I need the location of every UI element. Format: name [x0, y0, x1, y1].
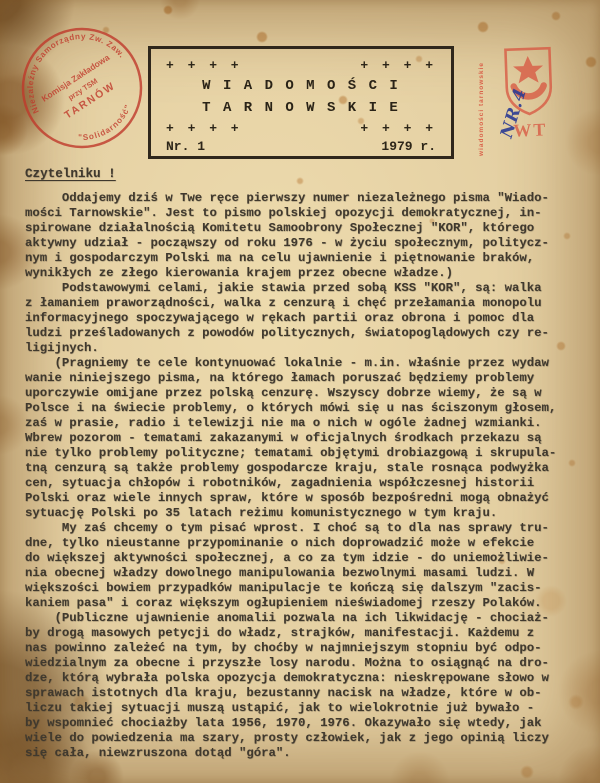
typewritten-line: ludzi prześladowanych z powodów politycz…: [25, 326, 581, 341]
issue-number: Nr. 1: [166, 139, 205, 154]
typewritten-line: by drogą masowych petycji do władz, stra…: [25, 626, 581, 641]
typewritten-line: się cała, niewzruszona dotąd "góra".: [25, 746, 581, 761]
plus-marks-mid-left: + + + +: [166, 121, 242, 136]
plus-marks-mid-right: + + + +: [360, 121, 436, 136]
typewritten-line: wynikłych ze złego kierowania krajem prz…: [25, 266, 581, 281]
typewritten-line: kaniem pasa" i coraz większym ogłupienie…: [25, 596, 581, 611]
scanned-page: Niezależny Samorządny Zw. Zaw. "Solidarn…: [0, 0, 600, 783]
typewritten-line: Oddajemy dziś w Twe ręce pierwszy numer …: [25, 191, 581, 206]
newspaper-title-line1: W I A D O M O Ś C I: [166, 78, 436, 94]
typewritten-line: Polski oraz wiele innych spraw, które w …: [25, 491, 581, 506]
newspaper-title-line2: T A R N O W S K I E: [166, 100, 436, 116]
typewritten-line: sprawach istotnych dla kraju, bezustanny…: [25, 686, 581, 701]
typewritten-line: cen, sytuacja chłopów i robotników, zaga…: [25, 476, 581, 491]
typewritten-line: tną cenzurą są także problemy gospodarcz…: [25, 461, 581, 476]
typewritten-line: zaś w prasie, radio i telewizji nie ma o…: [25, 416, 581, 431]
typewritten-line: mości Tarnowskie". Jest to pismo polskie…: [25, 206, 581, 221]
star-icon: [513, 55, 544, 83]
issue-year: 1979 r.: [381, 139, 436, 154]
typewritten-line: by wspomnieć chociażby lata 1956, 1970, …: [25, 716, 581, 731]
typewritten-line: wiedzialnym za obecne i przyszłe losy na…: [25, 656, 581, 671]
typewritten-line: do większej aktywności społecznej, a co …: [25, 551, 581, 566]
typewritten-line: informacyjnego spoczywającego w rękach p…: [25, 311, 581, 326]
typewritten-line: wanie niniejszego pisma, na którego łama…: [25, 371, 581, 386]
typewritten-line: dze, którą wybrała polska opozycja demok…: [25, 671, 581, 686]
typewritten-line: wiele do powiedzenia ma szary, prosty cz…: [25, 731, 581, 746]
typewritten-line: (Pragniemy te cele kontynuować lokalnie …: [25, 356, 581, 371]
typewritten-line: uporczywie omijane przez polską cenzurę.…: [25, 386, 581, 401]
typewritten-line: nas powinno zależeć na tym, by choćby w …: [25, 641, 581, 656]
typewritten-line: z łamaniem praworządności, walka z cenzu…: [25, 296, 581, 311]
typewritten-line: nie tylko problemy polityczne; tematami …: [25, 446, 581, 461]
typewritten-line: ligijnych.: [25, 341, 581, 356]
side-caption: wiadomości tarnowskie: [478, 46, 485, 156]
typewritten-line: Wbrew pozorom - tematami zakazanymi w of…: [25, 431, 581, 446]
typewritten-line: sytuację Polski po 35 latach reżimu komu…: [25, 506, 581, 521]
article-body: Czytelniku ! Oddajemy dziś w Twe ręce pi…: [25, 167, 581, 761]
typewritten-line: Podstawowymi celami, jakie stawia przed …: [25, 281, 581, 296]
masthead-box: + + + + + + + + W I A D O M O Ś C I T A …: [148, 46, 454, 159]
typewritten-line: (Publiczne ujawnienie anomalii pozwala n…: [25, 611, 581, 626]
typewritten-line: My zaś chcemy o tym pisać wprost. I choć…: [25, 521, 581, 536]
article-salutation: Czytelniku !: [25, 167, 581, 182]
typewritten-line: większości bowiem przypadków manipulacje…: [25, 581, 581, 596]
typewritten-line: liczu takiej sytuacji muszą ustąpić, jak…: [25, 701, 581, 716]
typewritten-line: Polsce i na świecie problemy, o których …: [25, 401, 581, 416]
article-lines: Oddajemy dziś w Twe ręce pierwszy numer …: [25, 191, 581, 761]
typewritten-line: dne, tylko nieustanne przypominanie o ni…: [25, 536, 581, 551]
typewritten-line: nia obecnej władzy dowolnego manipulowan…: [25, 566, 581, 581]
typewritten-line: spirowane działalnością Komitetu Samoobr…: [25, 221, 581, 236]
plus-marks-top-right: + + + +: [360, 58, 436, 73]
typewritten-line: nym i gospodarczym Polski ma na celu uja…: [25, 251, 581, 266]
plus-marks-top-left: + + + +: [166, 58, 242, 73]
typewritten-line: aktywny udział - począwszy od roku 1976 …: [25, 236, 581, 251]
